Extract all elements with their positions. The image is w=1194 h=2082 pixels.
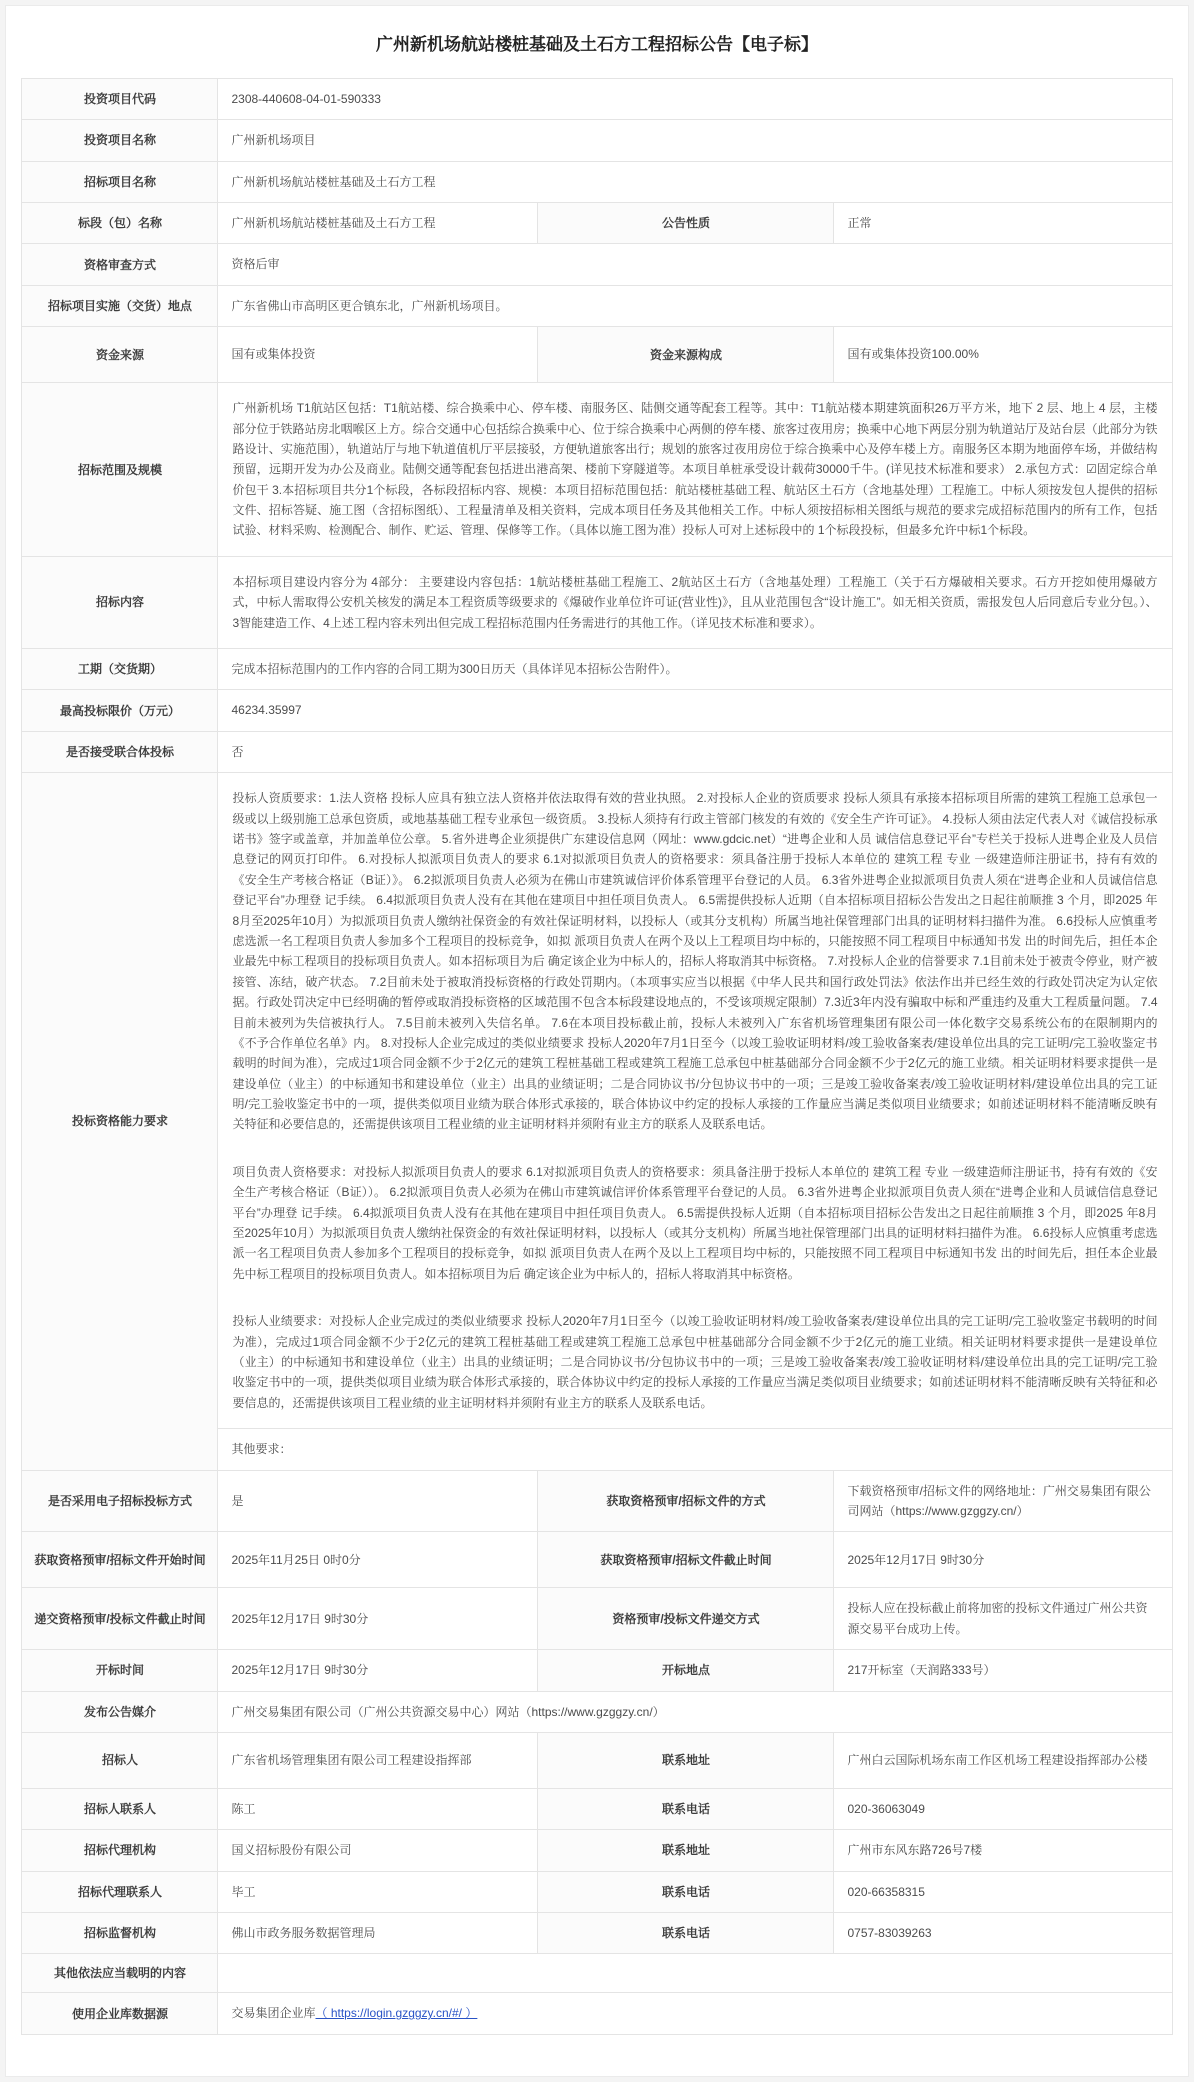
label-submit-method: 资格预审/投标文件递交方式 (538, 1588, 834, 1650)
value-tenderer-phone: 020-36063049 (834, 1788, 1172, 1829)
value-supervisor-phone: 0757-83039263 (834, 1913, 1172, 1954)
label-qualification-review: 资格审查方式 (22, 244, 218, 285)
label-notice-nature: 公告性质 (538, 202, 834, 243)
table-row: 标段（包）名称 广州新机场航站楼桩基础及土石方工程 公告性质 正常 (22, 202, 1172, 243)
label-fund-composition: 资金来源构成 (538, 327, 834, 383)
value-notice-nature: 正常 (834, 202, 1172, 243)
label-section-name: 标段（包）名称 (22, 202, 218, 243)
value-tenderer-contact: 陈工 (218, 1788, 538, 1829)
value-consortium: 否 (218, 731, 1172, 772)
qualification-paragraph-performance: 投标人业绩要求：对投标人企业完成过的类似业绩要求 投标人2020年7月1日至今（… (232, 1311, 1157, 1413)
table-row: 资金来源 国有或集体投资 资金来源构成 国有或集体投资100.00% (22, 327, 1172, 383)
value-tender-content: 本招标项目建设内容分为 4部分： 主要建设内容包括：1航站楼桩基础工程施工、2航… (218, 556, 1172, 648)
value-submit-method: 投标人应在投标截止前将加密的投标文件通过广州公共资源交易平台成功上传。 (834, 1588, 1172, 1650)
tender-notice-page: 广州新机场航站楼桩基础及土石方工程招标公告【电子标】 投资项目代码 2308-4… (5, 5, 1189, 2077)
table-row: 投标资格能力要求 投标人资质要求：1.法人资格 投标人应具有独立法人资格并依法取… (22, 773, 1172, 1429)
value-fund-composition: 国有或集体投资100.00% (834, 327, 1172, 383)
label-duration: 工期（交货期） (22, 649, 218, 690)
table-row: 工期（交货期） 完成本招标范围内的工作内容的合同工期为300日历天（具体详见本招… (22, 649, 1172, 690)
tender-info-table: 投资项目代码 2308-440608-04-01-590333 投资项目名称 广… (21, 78, 1172, 2035)
value-submit-deadline: 2025年12月17日 9时30分 (218, 1588, 538, 1650)
label-location: 招标项目实施（交货）地点 (22, 285, 218, 326)
label-electronic-bidding: 是否采用电子招标投标方式 (22, 1470, 218, 1532)
value-supervisor: 佛山市政务服务数据管理局 (218, 1913, 538, 1954)
enterprise-db-prefix: 交易集团企业库 (231, 2006, 315, 2020)
value-obtain-method: 下载资格预审/招标文件的网络地址：广州交易集团有限公司网站（https://ww… (834, 1470, 1172, 1532)
value-fund-source: 国有或集体投资 (218, 327, 538, 383)
value-electronic-bidding: 是 (218, 1470, 538, 1532)
table-row: 招标人联系人 陈工 联系电话 020-36063049 (22, 1788, 1172, 1829)
value-tenderer-address: 广州白云国际机场东南工作区机场工程建设指挥部办公楼 (834, 1732, 1172, 1788)
value-project-code: 2308-440608-04-01-590333 (218, 78, 1172, 119)
label-obtain-method: 获取资格预审/招标文件的方式 (538, 1470, 834, 1532)
label-enterprise-db: 使用企业库数据源 (22, 1993, 218, 2034)
label-media: 发布公告媒介 (22, 1691, 218, 1732)
label-max-price: 最高投标限价（万元） (22, 690, 218, 731)
value-project-name: 广州新机场项目 (218, 120, 1172, 161)
page-title: 广州新机场航站楼桩基础及土石方工程招标公告【电子标】 (6, 6, 1188, 78)
table-row: 招标监督机构 佛山市政务服务数据管理局 联系电话 0757-83039263 (22, 1913, 1172, 1954)
table-row: 使用企业库数据源 交易集团企业库（ https://login.gzggzy.c… (22, 1993, 1172, 2034)
label-agency: 招标代理机构 (22, 1830, 218, 1871)
table-row: 开标时间 2025年12月17日 9时30分 开标地点 217开标室（天润路33… (22, 1650, 1172, 1691)
table-row: 递交资格预审/投标文件截止时间 2025年12月17日 9时30分 资格预审/投… (22, 1588, 1172, 1650)
label-tenderer-phone: 联系电话 (538, 1788, 834, 1829)
value-other-requirements: 其他要求： (218, 1429, 1172, 1470)
label-project-name: 投资项目名称 (22, 120, 218, 161)
table-row: 最高投标限价（万元） 46234.35997 (22, 690, 1172, 731)
table-row: 招标代理联系人 毕工 联系电话 020-66358315 (22, 1871, 1172, 1912)
table-row: 发布公告媒介 广州交易集团有限公司（广州公共资源交易中心）网站（https://… (22, 1691, 1172, 1732)
value-enterprise-db: 交易集团企业库（ https://login.gzggzy.cn/#/ ） (218, 1993, 1172, 2034)
label-tender-content: 招标内容 (22, 556, 218, 648)
label-scope-scale: 招标范围及规模 (22, 383, 218, 557)
value-agency-contact: 毕工 (218, 1871, 538, 1912)
table-row: 是否采用电子招标投标方式 是 获取资格预审/招标文件的方式 下载资格预审/招标文… (22, 1470, 1172, 1532)
label-agency-phone: 联系电话 (538, 1871, 834, 1912)
label-project-code: 投资项目代码 (22, 78, 218, 119)
table-row: 招标项目实施（交货）地点 广东省佛山市高明区更合镇东北，广州新机场项目。 (22, 285, 1172, 326)
value-duration: 完成本招标范围内的工作内容的合同工期为300日历天（具体详见本招标公告附件）。 (218, 649, 1172, 690)
label-supervisor: 招标监督机构 (22, 1913, 218, 1954)
value-location: 广东省佛山市高明区更合镇东北，广州新机场项目。 (218, 285, 1172, 326)
value-obtain-end: 2025年12月17日 9时30分 (834, 1532, 1172, 1588)
table-row: 招标项目名称 广州新机场航站楼桩基础及土石方工程 (22, 161, 1172, 202)
value-section-name: 广州新机场航站楼桩基础及土石方工程 (218, 202, 538, 243)
label-opening-place: 开标地点 (538, 1650, 834, 1691)
value-opening-time: 2025年12月17日 9时30分 (218, 1650, 538, 1691)
value-tender-project-name: 广州新机场航站楼桩基础及土石方工程 (218, 161, 1172, 202)
table-row: 其他依法应当载明的内容 (22, 1954, 1172, 1993)
table-row: 投资项目名称 广州新机场项目 (22, 120, 1172, 161)
label-obtain-end: 获取资格预审/招标文件截止时间 (538, 1532, 834, 1588)
label-submit-deadline: 递交资格预审/投标文件截止时间 (22, 1588, 218, 1650)
value-max-price: 46234.35997 (218, 690, 1172, 731)
label-agency-address: 联系地址 (538, 1830, 834, 1871)
value-agency: 国义招标股份有限公司 (218, 1830, 538, 1871)
label-fund-source: 资金来源 (22, 327, 218, 383)
value-qualification-review: 资格后审 (218, 244, 1172, 285)
table-row: 投资项目代码 2308-440608-04-01-590333 (22, 78, 1172, 119)
label-consortium: 是否接受联合体投标 (22, 731, 218, 772)
label-agency-contact: 招标代理联系人 (22, 1871, 218, 1912)
table-row: 获取资格预审/招标文件开始时间 2025年11月25日 0时0分 获取资格预审/… (22, 1532, 1172, 1588)
label-other-content: 其他依法应当载明的内容 (22, 1954, 218, 1993)
value-obtain-start: 2025年11月25日 0时0分 (218, 1532, 538, 1588)
qualification-paragraph-manager: 项目负责人资格要求：对投标人拟派项目负责人的要求 6.1对拟派项目负责人的资格要… (232, 1162, 1157, 1284)
table-row: 招标范围及规模 广州新机场 T1航站区包括：T1航站楼、综合换乘中心、停车楼、南… (22, 383, 1172, 557)
label-tenderer-contact: 招标人联系人 (22, 1788, 218, 1829)
label-obtain-start: 获取资格预审/招标文件开始时间 (22, 1532, 218, 1588)
value-media: 广州交易集团有限公司（广州公共资源交易中心）网站（https://www.gzg… (218, 1691, 1172, 1732)
table-row: 招标人 广东省机场管理集团有限公司工程建设指挥部 联系地址 广州白云国际机场东南… (22, 1732, 1172, 1788)
qualification-paragraph-bidder: 投标人资质要求：1.法人资格 投标人应具有独立法人资格并依法取得有效的营业执照。… (232, 788, 1157, 1135)
value-qualification-capability: 投标人资质要求：1.法人资格 投标人应具有独立法人资格并依法取得有效的营业执照。… (218, 773, 1172, 1429)
label-tenderer: 招标人 (22, 1732, 218, 1788)
value-scope-scale: 广州新机场 T1航站区包括：T1航站楼、综合换乘中心、停车楼、南服务区、陆侧交通… (218, 383, 1172, 557)
label-tenderer-address: 联系地址 (538, 1732, 834, 1788)
value-agency-address: 广州市东风东路726号7楼 (834, 1830, 1172, 1871)
table-row: 招标内容 本招标项目建设内容分为 4部分： 主要建设内容包括：1航站楼桩基础工程… (22, 556, 1172, 648)
label-qualification-capability: 投标资格能力要求 (22, 773, 218, 1470)
value-other-content (218, 1954, 1172, 1993)
value-opening-place: 217开标室（天润路333号） (834, 1650, 1172, 1691)
table-row: 招标代理机构 国义招标股份有限公司 联系地址 广州市东风东路726号7楼 (22, 1830, 1172, 1871)
value-tenderer: 广东省机场管理集团有限公司工程建设指挥部 (218, 1732, 538, 1788)
label-opening-time: 开标时间 (22, 1650, 218, 1691)
label-tender-project-name: 招标项目名称 (22, 161, 218, 202)
enterprise-db-link[interactable]: （ https://login.gzggzy.cn/#/ ） (316, 2006, 478, 2020)
value-agency-phone: 020-66358315 (834, 1871, 1172, 1912)
table-row: 资格审查方式 资格后审 (22, 244, 1172, 285)
label-supervisor-phone: 联系电话 (538, 1913, 834, 1954)
table-row: 是否接受联合体投标 否 (22, 731, 1172, 772)
